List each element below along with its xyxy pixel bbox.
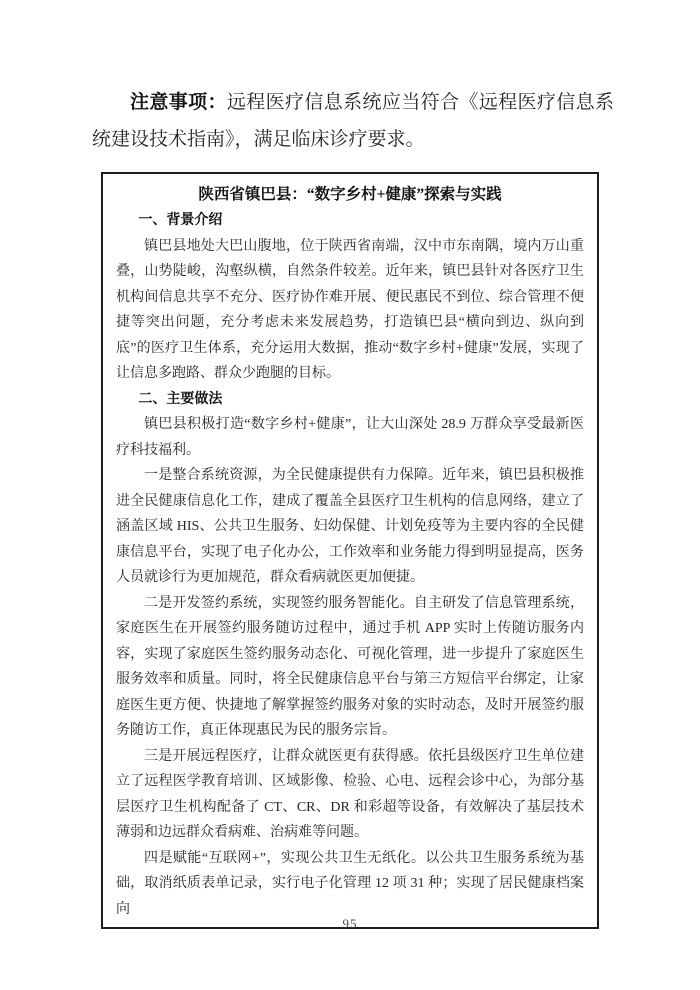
practices-intro-paragraph: 镇巴县积极打造“数字乡村+健康”，让大山深处 28.9 万群众享受最新医疗科技福…	[116, 412, 584, 463]
notice-paragraph: 注意事项：远程医疗信息系统应当符合《远程医疗信息系统建设技术指南》，满足临床诊疗…	[92, 0, 614, 158]
document-page: 注意事项：远程医疗信息系统应当符合《远程医疗信息系统建设技术指南》，满足临床诊疗…	[0, 0, 700, 990]
practice-3-paragraph: 三是开展远程医疗，让群众就医更有获得感。依托县级医疗卫生单位建立了远程医学教育培…	[116, 744, 584, 846]
background-paragraph: 镇巴县地处大巴山腹地，位于陕西省南端，汉中市东南隅，境内万山重叠，山势陡峻，沟壑…	[116, 234, 584, 387]
case-study-title: 陕西省镇巴县：“数字乡村+健康”探索与实践	[116, 181, 584, 208]
section-heading-background: 一、背景介绍	[116, 208, 584, 234]
case-study-box: 陕西省镇巴县：“数字乡村+健康”探索与实践 一、背景介绍 镇巴县地处大巴山腹地，…	[101, 172, 599, 929]
practice-1-paragraph: 一是整合系统资源，为全民健康提供有力保障。近年来，镇巴县积极推进全民健康信息化工…	[116, 463, 584, 591]
section-heading-practices: 二、主要做法	[116, 387, 584, 413]
notice-label: 注意事项：	[130, 92, 227, 113]
page-number: 95	[0, 916, 700, 932]
practice-2-paragraph: 二是开发签约系统，实现签约服务智能化。自主研发了信息管理系统，家庭医生在开展签约…	[116, 591, 584, 744]
practice-4-paragraph-truncated: 四是赋能“互联网+”，实现公共卫生无纸化。以公共卫生服务系统为基础，取消纸质表单…	[116, 846, 584, 923]
